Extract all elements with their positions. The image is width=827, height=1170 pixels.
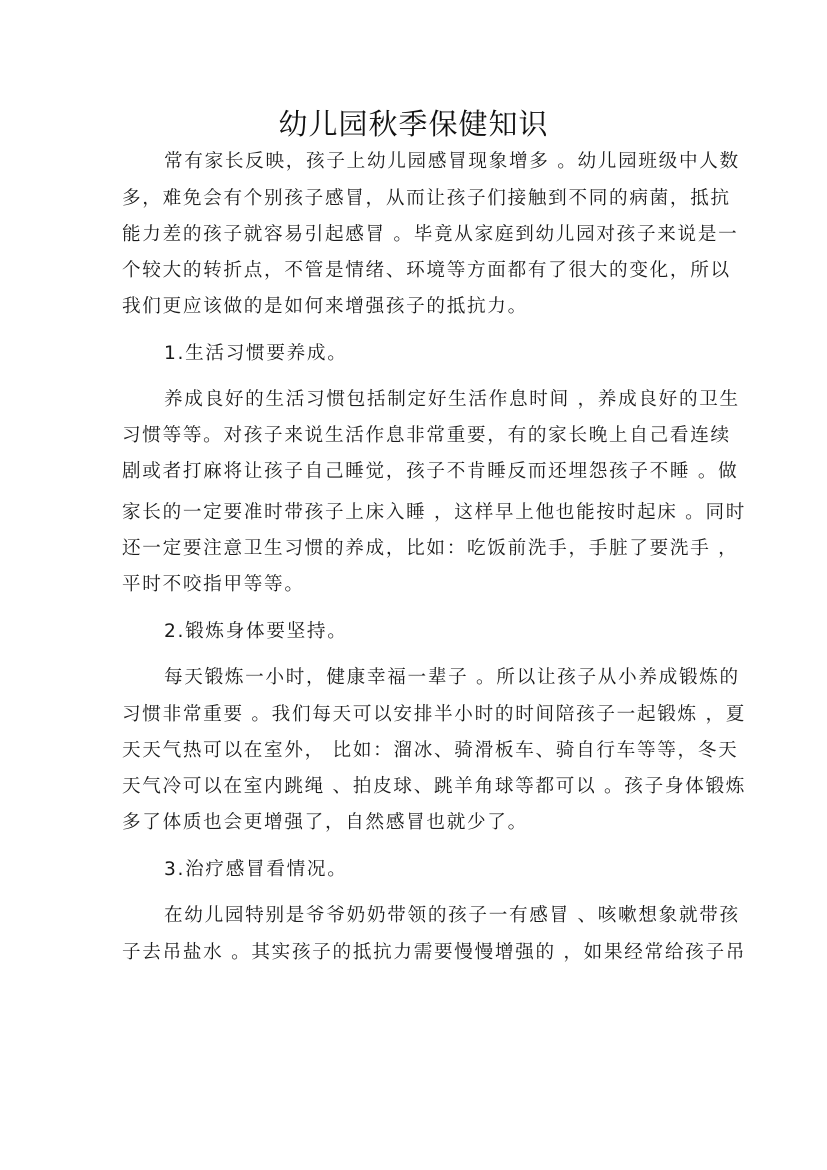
paragraph-line: 养成良好的生活习惯包括制定好生活作息时间 ，养成良好的卫生 bbox=[164, 382, 754, 418]
paragraph-line: 在幼儿园特别是爷爷奶奶带领的孩子一有感冒 、咳嗽想象就带孩 bbox=[164, 898, 754, 934]
paragraph-line: 天天气热可以在室外， 比如：溜冰、骑滑板车、骑自行车等等，冬天 bbox=[122, 733, 712, 769]
paragraph-line: 我们更应该做的是如何来增强孩子的抵抗力。 bbox=[122, 289, 712, 325]
paragraph-line: 多了体质也会更增强了，自然感冒也就少了。 bbox=[122, 805, 712, 841]
section-heading-2: 2.锻炼身体要坚持。 bbox=[164, 614, 754, 650]
paragraph-line: 家长的一定要准时带孩子上床入睡 ，这样早上他也能按时起床 。同时 bbox=[122, 495, 712, 531]
paragraph-line: 天气冷可以在室内跳绳 、拍皮球、跳羊角球等都可以 。孩子身体锻炼 bbox=[122, 769, 712, 805]
paragraph-line: 剧或者打麻将让孩子自己睡觉，孩子不肯睡反而还埋怨孩子不睡 。做 bbox=[122, 454, 712, 490]
paragraph-line: 个较大的转折点，不管是情绪、环境等方面都有了很大的变化，所以 bbox=[122, 253, 712, 289]
paragraph-line: 能力差的孩子就容易引起感冒 。毕竟从家庭到幼儿园对孩子来说是一 bbox=[122, 217, 712, 253]
paragraph-line: 多，难免会有个别孩子感冒，从而让孩子们接触到不同的病菌，抵抗 bbox=[122, 181, 712, 217]
section-heading-1: 1.生活习惯要养成。 bbox=[164, 336, 754, 372]
document-page: 幼儿园秋季保健知识 常有家长反映，孩子上幼儿园感冒现象增多 。幼儿园班级中人数 … bbox=[0, 0, 827, 1170]
paragraph-line: 每天锻炼一小时，健康幸福一辈子 。所以让孩子从小养成锻炼的 bbox=[164, 660, 754, 696]
paragraph-line: 常有家长反映，孩子上幼儿园感冒现象增多 。幼儿园班级中人数 bbox=[164, 144, 754, 180]
paragraph-line: 习惯等等。对孩子来说生活作息非常重要，有的家长晚上自己看连续 bbox=[122, 418, 712, 454]
section-heading-3: 3.治疗感冒看情况。 bbox=[164, 852, 754, 888]
paragraph-line: 习惯非常重要 。我们每天可以安排半小时的时间陪孩子一起锻炼 ，夏 bbox=[122, 697, 712, 733]
document-title: 幼儿园秋季保健知识 bbox=[0, 104, 827, 144]
paragraph-line: 还一定要注意卫生习惯的养成，比如：吃饭前洗手，手脏了要洗手 ， bbox=[122, 531, 712, 567]
paragraph-line: 子去吊盐水 。其实孩子的抵抗力需要慢慢增强的 ，如果经常给孩子吊 bbox=[122, 935, 712, 971]
paragraph-line: 平时不咬指甲等等。 bbox=[122, 567, 712, 603]
